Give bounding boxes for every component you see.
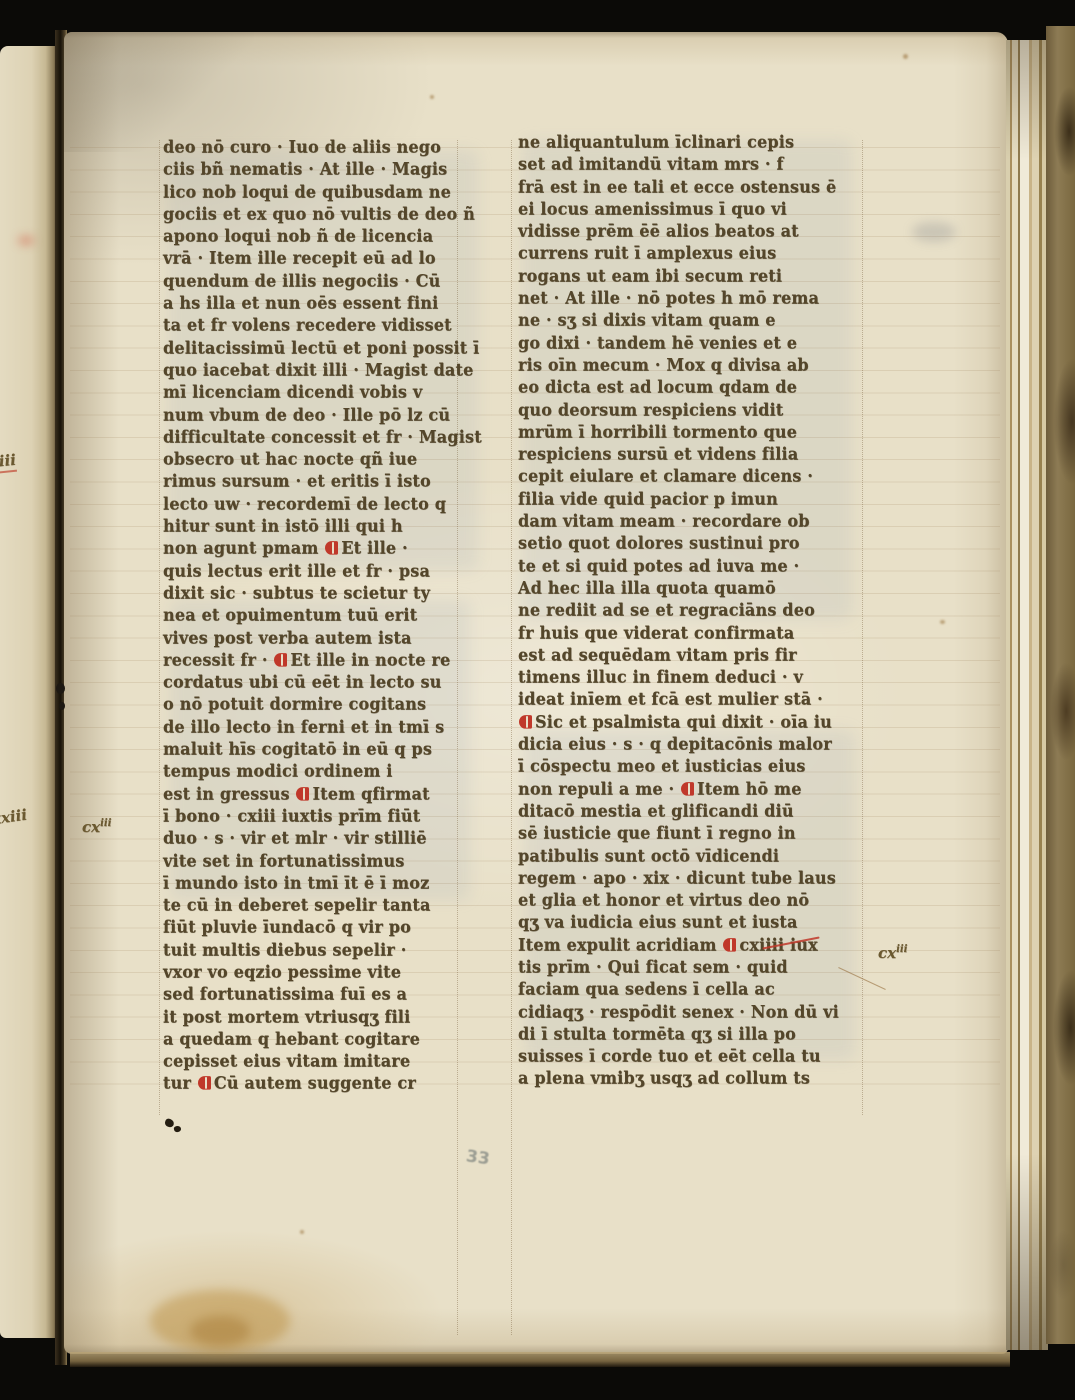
rubric-paraph-mark: [519, 715, 532, 729]
marginal-note-text: xiii: [0, 451, 17, 472]
text-line: tur Cū autem suggente cr: [163, 1072, 485, 1095]
text-line: obsecro ut hac nocte qñ iue: [163, 448, 485, 471]
text-line: patibulis sunt octō vīdicendi: [518, 845, 866, 868]
text-line: regem · apo · xix · dicunt tube laus: [518, 867, 866, 890]
text-line: tempus modici ordinem i: [163, 760, 485, 783]
text-line: non repuli a me · Item hō me: [518, 778, 866, 801]
text-line: mrūm ī horribili tormento que: [518, 421, 866, 444]
text-line: apono loqui nob ñ de licencia: [163, 225, 485, 248]
text-line: de illo lecto in ferni et in tmī s: [163, 716, 485, 739]
text-line: nea et opuimentum tuū erit: [163, 604, 485, 627]
text-line: setio quot dolores sustinui pro: [518, 532, 866, 555]
page-edges: [1006, 40, 1048, 1350]
text-line: tuit multis diebus sepelir ·: [163, 939, 485, 962]
text-line: respiciens sursū et videns filia: [518, 443, 866, 466]
text-line: vives post verba autem ista: [163, 627, 485, 650]
text-line: ditacō mestia et glificandi diū: [518, 800, 866, 823]
bottom-page-edge: [70, 1352, 1010, 1367]
text-line: rogans ut eam ibi secum reti: [518, 265, 866, 288]
text-line: recessit fr · Et ille in nocte re: [163, 649, 485, 672]
foxing-spot: [903, 54, 908, 59]
text-line: duo · s · vir et mlr · vir stilliē: [163, 827, 485, 850]
rubric-paraph-mark: [723, 938, 736, 952]
text-line: ta et fr volens recedere vidisset: [163, 314, 485, 337]
text-line: cordatus ubi cū eēt in lecto su: [163, 671, 485, 694]
text-line: ris oīn mecum · Mox q divisa ab: [518, 354, 866, 377]
text-line: vite set in fortunatissimus: [163, 850, 485, 873]
text-line: te et si quid potes ad iuva me ·: [518, 555, 866, 578]
chapter-number-sup: iii: [100, 818, 111, 829]
foxing-spot: [940, 620, 945, 624]
text-line: Sic et psalmista qui dixit · oīa iu: [518, 711, 866, 734]
text-line: quis lectus erit ille et fr · psa: [163, 560, 485, 583]
text-line: quo deorsum respiciens vidit: [518, 399, 866, 422]
text-line: filia vide quid pacior p imun: [518, 488, 866, 511]
text-line: ī bono · cxiii iuxtis prīm fiūt: [163, 805, 485, 828]
ruling-vertical: [159, 140, 160, 1115]
text-line: cepit eiulare et clamare dicens ·: [518, 465, 866, 488]
rubric-paraph-mark: [274, 653, 287, 667]
text-line: vrā · Item ille recepit eū ad lo: [163, 247, 485, 270]
text-line: vxor vo eqzio pessime vite: [163, 961, 485, 984]
corner-crease: [64, 32, 254, 152]
marginal-note-facing-top: xiii: [0, 451, 17, 475]
text-column-left: deo nō curo · Iuo de aliis negociis bñ n…: [163, 136, 485, 1095]
text-line: fiūt pluvie īundacō q vir po: [163, 916, 485, 939]
text-line: difficultate concessit et fr · Magist: [163, 426, 485, 449]
foxing-spot: [430, 95, 434, 99]
text-line: sē iusticie que fiunt ī regno in: [518, 822, 866, 845]
text-line: fr huis que viderat confirmata: [518, 622, 866, 645]
text-line: hitur sunt in istō illi qui h: [163, 515, 485, 538]
chapter-number-sup: iii: [896, 944, 907, 955]
text-line: go dixi · tandem hē venies et e: [518, 332, 866, 355]
text-line: deo nō curo · Iuo de aliis nego: [163, 136, 485, 159]
red-smudge: [18, 237, 34, 244]
text-line: rimus sursum · et eritis ī isto: [163, 470, 485, 493]
text-line: ei locus amenissimus ī quo vi: [518, 198, 866, 221]
text-line: est ad sequēdam vitam pris fir: [518, 644, 866, 667]
text-line: gociis et ex quo nō vultis de deo ñ: [163, 203, 485, 226]
manuscript-scan: deo nō curo · Iuo de aliis negociis bñ n…: [0, 0, 1075, 1400]
text-line: timens illuc in finem deduci · v: [518, 666, 866, 689]
text-line: faciam qua sedens ī cella ac: [518, 978, 866, 1001]
ruling-vertical: [511, 140, 512, 1335]
text-line: dicia eius · s · q depitacōnis malor: [518, 733, 866, 756]
text-line: a quedam q hebant cogitare: [163, 1028, 485, 1051]
text-column-right: ne aliquantulum īclinari cepisset ad imi…: [518, 131, 866, 1090]
show-through-smudge: [912, 222, 956, 242]
text-line: suisses ī corde tuo et eēt cella tu: [518, 1045, 866, 1068]
rubric-paraph-mark: [296, 787, 309, 801]
text-line: net · At ille · nō potes h mō rema: [518, 287, 866, 310]
text-line: non agunt pmam Et ille ·: [163, 537, 485, 560]
text-line: ī cōspectu meo et iusticias eius: [518, 755, 866, 778]
leather-cover-edge: [1046, 26, 1075, 1344]
text-line: qʒ va iudicia eius sunt et iusta: [518, 911, 866, 934]
text-line: Ad hec illa illa quota quamō: [518, 577, 866, 600]
text-line: set ad imitandū vitam mrs · f: [518, 153, 866, 176]
text-line: est in gressus Item qfirmat: [163, 783, 485, 806]
text-line: num vbum de deo · Ille pō lz cū: [163, 404, 485, 427]
text-line: ciis bñ nematis · At ille · Magis: [163, 158, 485, 181]
text-line: cidiaqʒ · respōdit senex · Non dū vi: [518, 1001, 866, 1024]
text-line: ne aliquantulum īclinari cepis: [518, 131, 866, 154]
text-line: quo iacebat dixit illi · Magist date: [163, 359, 485, 382]
rubric-paraph-mark: [681, 782, 694, 796]
text-line: ideat inīem et fcā est mulier stā ·: [518, 688, 866, 711]
text-line: mī licenciam dicendi vobis v: [163, 381, 485, 404]
chapter-number-base: cx: [82, 818, 100, 836]
text-line: maluit hīs cogitatō in eū q ps: [163, 738, 485, 761]
text-line: cepisset eius vitam imitare: [163, 1050, 485, 1073]
rubric-paraph-mark: [198, 1077, 211, 1091]
marginal-chapter-number-left: cxiii: [82, 818, 111, 836]
text-line: delitacissimū lectū et poni possit ī: [163, 337, 485, 360]
text-line: lico nob loqui de quibusdam ne: [163, 181, 485, 204]
text-line: dam vitam meam · recordare ob: [518, 510, 866, 533]
text-line: o nō potuit dormire cogitans: [163, 693, 485, 716]
text-line: sed fortunatissima fuī es a: [163, 983, 485, 1006]
foxing-spot: [300, 1230, 304, 1234]
chapter-number-base: cx: [878, 944, 896, 962]
pencil-folio-number: 33: [465, 1146, 491, 1169]
text-line: it post mortem vtriusqʒ fili: [163, 1006, 485, 1029]
text-line: ī mundo isto in tmī īt ē ī moz: [163, 872, 485, 895]
wormhole: [59, 702, 65, 710]
text-line: dixit sic · subtus te scietur ty: [163, 582, 485, 605]
text-line: frā est in ee tali et ecce ostensus ē: [518, 176, 866, 199]
text-line: currens ruit ī amplexus eius: [518, 242, 866, 265]
text-line: a plena vmibʒ usqʒ ad collum ts: [518, 1067, 866, 1090]
text-line: vidisse prēm ēē alios beatos at: [518, 220, 866, 243]
stain: [190, 1316, 250, 1346]
text-line: ne rediit ad se et regraciāns deo: [518, 599, 866, 622]
rubric-paraph-mark: [325, 542, 338, 556]
text-line: lecto uw · recordemī de lecto q: [163, 493, 485, 516]
text-line: a hs illa et nun oēs essent fini: [163, 292, 485, 315]
text-line: et glia et honor et virtus deo nō: [518, 889, 866, 912]
text-line: te cū in deberet sepelir tanta: [163, 894, 485, 917]
text-line: quendum de illis negociis · Cū: [163, 270, 485, 293]
text-line: di ī stulta tormēta qʒ si illa po: [518, 1023, 866, 1046]
text-line: eo dicta est ad locum qdam de: [518, 376, 866, 399]
wormhole: [56, 683, 65, 694]
text-line: ne · sʒ si dixis vitam quam e: [518, 309, 866, 332]
text-line: tis prīm · Qui ficat sem · quid: [518, 956, 866, 979]
marginal-chapter-number-right: cxiii: [878, 944, 907, 962]
